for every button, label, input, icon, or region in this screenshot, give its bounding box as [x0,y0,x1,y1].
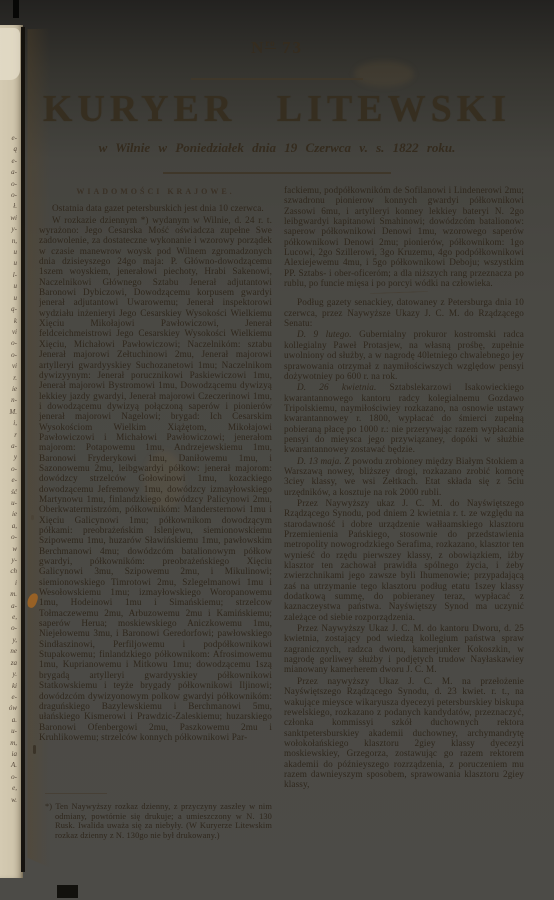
scan-artifact-bottom [57,885,78,898]
paragraph-divider [370,291,428,294]
issue-prefix: N [251,38,265,57]
issue-number: Nro 73 [24,38,530,58]
left-column: WIADOMOŚCI KRAJOWE. Ostatnia data gazet … [39,185,272,853]
decree-date: D. 13 maja. [297,456,342,466]
newspaper-title: KURYER LITEWSKI [24,87,530,131]
adjacent-page-edge: e- ą e- a- o- o- ł. wi y- n, u u l- u u … [0,25,23,878]
paragraph: W rozkazie dziennym *) wydanym w Wilnie,… [39,215,272,743]
decree-text: Przez Naywyższy Ukaz J. C. M. do kantoru… [284,623,524,674]
issue-superscript: ro [265,38,275,49]
footnote-rule [45,793,107,794]
dateline: w Wilnie w Poniedziałek dnia 19 Czerwca … [24,140,530,156]
section-heading: WIADOMOŚCI KRAJOWE. [39,187,272,197]
margin-pen-mark [33,745,36,754]
decree-entry: D. 26 kwietnia. Sztabslekarzowi Isakowie… [284,382,524,454]
paragraph: fackiemu, podpółkownikóm de Sofilanowi i… [284,185,524,288]
decree-entry: Przez naywyższy Ukaz J. C. M. na przełoż… [284,676,524,790]
scan-artifact-top [13,0,19,18]
decree-entry: D. 9 lutego. Gubernialny prokuror kostro… [284,329,524,381]
decree-text: Przez Naywyższy ukaz J. C. M. do Nayświę… [284,498,524,622]
paragraph: Podług gazety senackiey, datowaney z Pet… [284,297,524,328]
right-column: fackiemu, podpółkownikóm de Sofilanowi i… [284,185,524,853]
paper-tear-highlight [0,28,20,80]
body-columns: WIADOMOŚCI KRAJOWE. Ostatnia data gazet … [39,185,524,853]
masthead-rule-bottom [163,172,391,174]
footnote-block: *) Ten Naywyższy rozkaz dzienny, z przyc… [39,787,272,853]
newspaper-page: Nro 73 KURYER LITEWSKI w Wilnie w Ponied… [24,21,530,874]
decree-entry: Przez Naywyższy ukaz J. C. M. do Nayświę… [284,498,524,622]
decree-entry: Przez Naywyższy Ukaz J. C. M. do kantoru… [284,623,524,675]
issue-digits: 73 [282,38,303,57]
margin-speck [31,515,34,520]
footnote-text: *) Ten Naywyższy rozkaz dzienny, z przyc… [55,802,272,840]
scanned-newspaper-page: e- ą e- a- o- o- ł. wi y- n, u u l- u u … [0,0,554,900]
paragraph: Ostatnia data gazet petersburskich jest … [39,203,272,213]
decree-date: D. 9 lutego. [297,329,352,339]
adjacent-page-text-fragments: e- ą e- a- o- o- ł. wi y- n, u u l- u u … [0,25,23,806]
decree-date: D. 26 kwietnia. [297,382,376,392]
masthead-rule-top [191,78,363,80]
decree-entry: D. 13 maja. Z powodu zrobioney między Bi… [284,456,524,497]
decree-text: Przez naywyższy Ukaz J. C. M. na przełoż… [284,676,524,789]
decree-text: Sztabslekarzowi Isakowieckiego kwarantan… [284,382,524,454]
paper-stain [354,61,414,87]
binding-shadow [21,27,25,872]
